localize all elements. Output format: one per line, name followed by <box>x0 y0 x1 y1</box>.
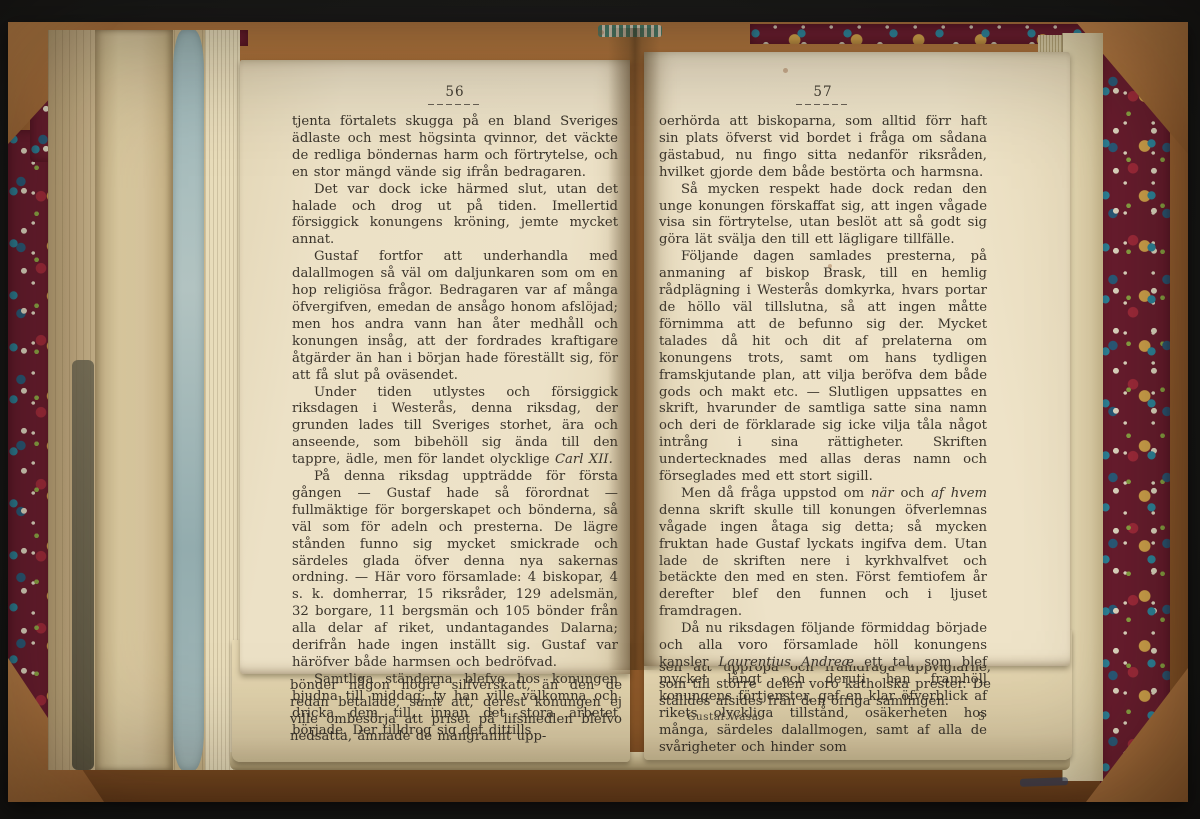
right-page-number-rule <box>796 104 850 105</box>
paragraph: Gustaf fortfor att underhandla med dalal… <box>292 249 618 384</box>
paper-freckle <box>828 264 832 268</box>
paragraph: På denna riksdag uppträdde för första gå… <box>292 469 618 672</box>
photo-scene: bönder någon högre silfverskatt, än den … <box>0 0 1200 819</box>
dark-leaf-edge <box>72 360 94 770</box>
left-page-text: tjenta förtalets skugga på en bland Sver… <box>292 114 618 740</box>
paragraph: Under tiden utlystes och försiggick riks… <box>292 385 618 470</box>
left-page-column: 56 tjenta förtalets skugga på en bland S… <box>292 84 618 740</box>
ink-smudge <box>1020 777 1068 787</box>
paragraph: Följande dagen samlades presterna, på an… <box>659 249 987 486</box>
cream-leaf-edge <box>95 30 173 770</box>
right-page-column: 57 oerhörda att biskoparna, som alltid f… <box>659 84 987 756</box>
paragraph: oerhörda att biskoparna, som alltid förr… <box>659 114 987 182</box>
marbled-endpaper-right <box>1100 30 1170 788</box>
paragraph: tjenta förtalets skugga på en bland Sver… <box>292 114 618 182</box>
paragraph: Samtliga ständerna blefvo hos konungen b… <box>292 672 618 740</box>
book: bönder någon högre silfverskatt, än den … <box>8 22 1188 802</box>
paragraph: Så mycken respekt hade dock redan den un… <box>659 182 987 250</box>
headband <box>598 25 662 37</box>
left-page-number: 56 <box>292 84 618 100</box>
paragraph: Det var dock icke härmed slut, utan det … <box>292 182 618 250</box>
right-page: 57 oerhörda att biskoparna, som alltid f… <box>644 52 1070 666</box>
left-page: 56 tjenta förtalets skugga på en bland S… <box>240 60 630 674</box>
paper-freckle <box>783 68 788 73</box>
right-page-number: 57 <box>659 84 987 100</box>
paragraph: Då nu riksdagen följande förmiddag börja… <box>659 621 987 756</box>
right-page-text: oerhörda att biskoparna, som alltid förr… <box>659 114 987 756</box>
page-edges-stack-left <box>48 30 240 770</box>
paragraph: Men då fråga uppstod om när och af hvem … <box>659 486 987 621</box>
blue-interleaf-edge <box>173 30 204 770</box>
left-page-number-rule <box>428 104 482 105</box>
paper-freckle <box>598 30 604 35</box>
